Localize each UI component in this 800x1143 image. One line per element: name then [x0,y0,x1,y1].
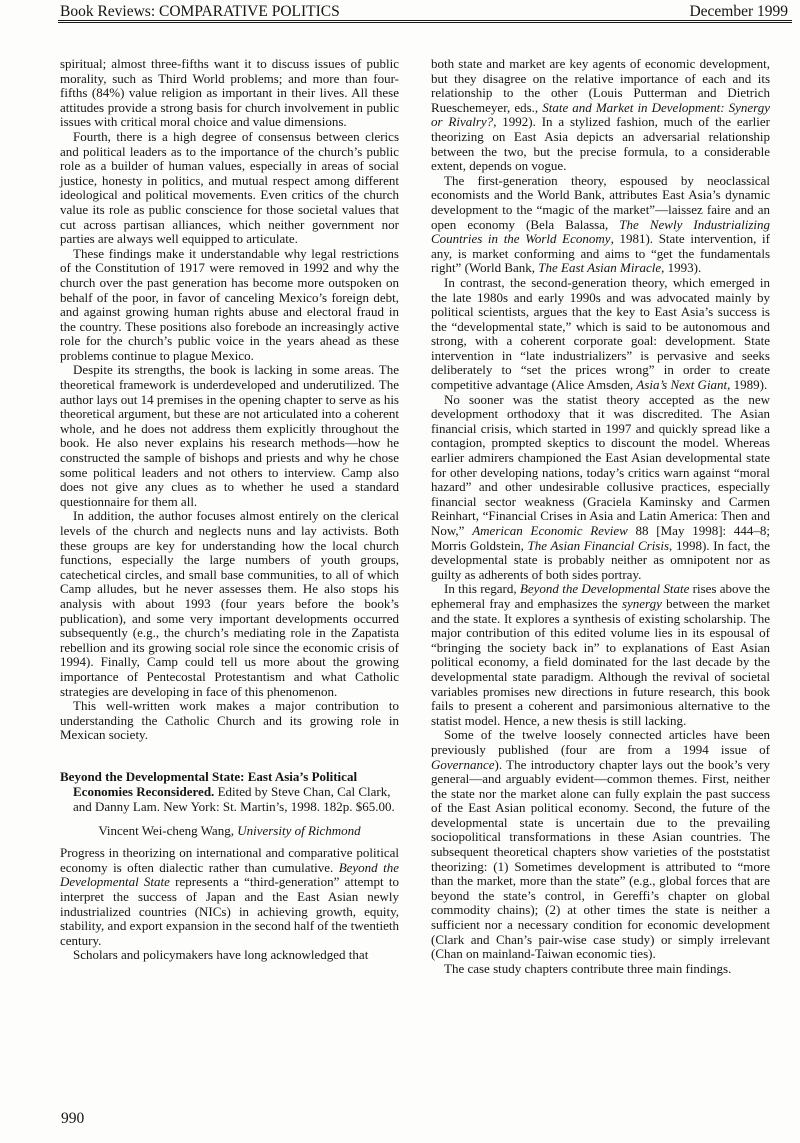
paragraph: In this regard, Beyond the Developmental… [431,582,770,728]
journal-page: Book Reviews: COMPARATIVE POLITICS Decem… [0,0,800,1143]
text-segment: Asia’s Next Giant [636,377,727,392]
page-number: 990 [61,1110,84,1128]
paragraph: Scholars and policymakers have long ackn… [60,948,399,963]
text-segment: ). The introductory chapter lays out the… [431,757,770,962]
journal-header: Book Reviews: COMPARATIVE POLITICS Decem… [60,3,788,21]
paragraph: both state and market are key agents of … [431,57,770,174]
paragraph: In contrast, the second-generation theor… [431,276,770,393]
paragraph: Progress in theorizing on international … [60,846,399,948]
text-segment: Despite its strengths, the book is lacki… [60,362,399,508]
text-segment: In addition, the author focuses almost e… [60,508,399,698]
text-segment: Scholars and policymakers have long ackn… [73,947,368,962]
paragraph: This well-written work makes a major con… [60,699,399,743]
text-segment: spiritual; almost three-fifths want it t… [60,56,399,129]
text-segment: These findings make it understandable wh… [60,246,399,363]
paragraph: spiritual; almost three-fifths want it t… [60,57,399,130]
text-segment: American Economic Review [472,523,628,538]
text-segment: The Asian Financial Crisis [528,538,670,553]
text-segment: Some of the twelve loosely connected art… [431,727,770,757]
text-segment: The East Asian Miracle [538,260,661,275]
paragraph: No sooner was the statist theory accepte… [431,393,770,583]
text-segment: In contrast, the second-generation theor… [431,275,770,392]
text-segment: Fourth, there is a high degree of consen… [60,129,399,246]
paragraph: Fourth, there is a high degree of consen… [60,130,399,247]
text-segment: between the market and the state. It exp… [431,596,770,728]
text-segment: This well-written work makes a major con… [60,698,399,742]
text-segment: Governance [431,757,495,772]
text-segment: , 1993). [661,260,701,275]
paragraph: The first-generation theory, espoused by… [431,174,770,276]
paragraph: Despite its strengths, the book is lacki… [60,363,399,509]
text-segment: , 1989). [727,377,767,392]
paragraph: These findings make it understandable wh… [60,247,399,364]
text-segment: No sooner was the statist theory accepte… [431,392,770,538]
paragraph: Some of the twelve loosely connected art… [431,728,770,962]
text-columns: spiritual; almost three-fifths want it t… [60,57,770,976]
text-segment: University of Richmond [237,823,360,838]
header-rule [58,20,792,23]
left-column: spiritual; almost three-fifths want it t… [60,57,399,976]
text-segment: Beyond the Developmental State [520,581,689,596]
reviewer-byline: Vincent Wei-cheng Wang, University of Ri… [60,823,399,838]
paragraph: In addition, the author focuses almost e… [60,509,399,699]
header-issue-date: December 1999 [689,3,788,21]
right-column: both state and market are key agents of … [431,57,770,976]
text-segment: Vincent Wei-cheng Wang, [98,823,237,838]
header-section-title: Book Reviews: COMPARATIVE POLITICS [60,3,340,21]
book-citation-heading: Beyond the Developmental State: East Asi… [60,770,399,814]
text-segment: synergy [622,596,662,611]
text-segment: In this regard, [444,581,520,596]
paragraph: The case study chapters contribute three… [431,962,770,977]
text-segment: The case study chapters contribute three… [444,961,731,976]
